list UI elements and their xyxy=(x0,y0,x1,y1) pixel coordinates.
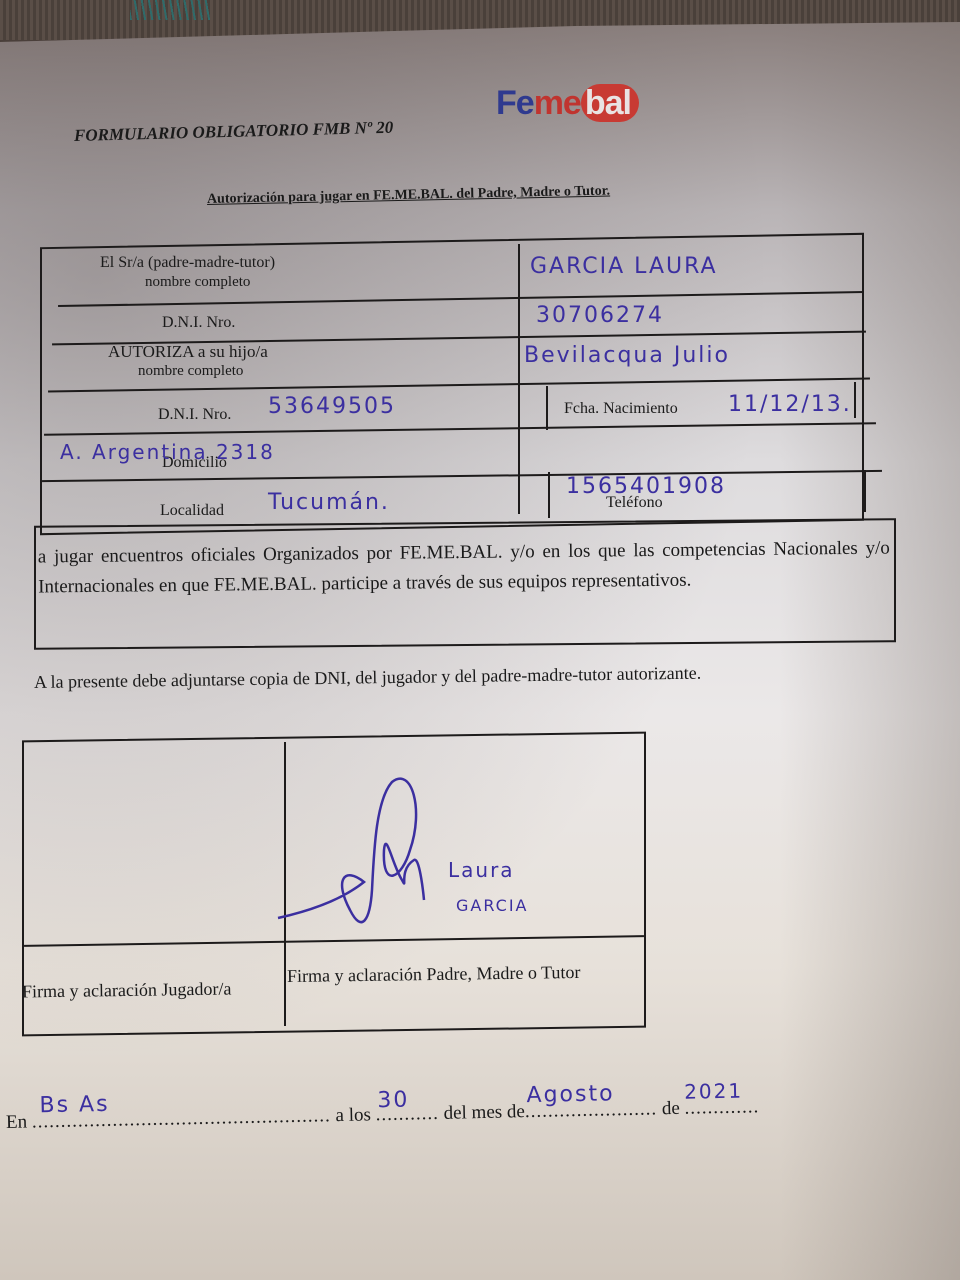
authorization-text: a jugar encuentros oficiales Organizados… xyxy=(38,534,891,603)
table-divider xyxy=(864,470,866,512)
birth-date-value[interactable]: 11/12/13. xyxy=(728,392,852,417)
logo-part-bal: bal xyxy=(581,84,639,122)
tutor-name-value[interactable]: GARCIA LAURA xyxy=(530,254,718,279)
signature-name-first: Laura xyxy=(448,858,515,882)
address-value[interactable]: A. Argentina 2318 xyxy=(60,440,275,464)
date-en-label: En xyxy=(6,1112,28,1133)
carpet-pattern xyxy=(130,0,210,20)
logo-part-fe: Fe xyxy=(496,84,534,122)
year-field[interactable]: .............2021 xyxy=(684,1096,759,1119)
logo-part-me: me xyxy=(534,84,581,122)
child-name-sublabel: nombre completo xyxy=(138,363,243,380)
child-name-label: AUTORIZA a su hijo/a xyxy=(108,342,268,362)
child-dni-value[interactable]: 53649505 xyxy=(268,394,396,419)
month-field[interactable]: .......................Agosto xyxy=(525,1098,658,1122)
locality-value[interactable]: Tucumán. xyxy=(268,490,390,515)
signature-name-last: GARCIA xyxy=(456,896,529,915)
month-value: Agosto xyxy=(526,1081,615,1108)
place-value: Bs As xyxy=(39,1092,110,1118)
table-divider xyxy=(854,382,856,418)
table-divider xyxy=(548,472,550,518)
phone-value[interactable]: 1565401908 xyxy=(566,474,726,499)
date-mes-label: del mes de xyxy=(443,1101,525,1124)
paper-sheet xyxy=(0,22,960,1280)
player-signature-label: Firma y aclaración Jugador/a xyxy=(22,979,232,1003)
date-de-label: de xyxy=(662,1098,680,1119)
child-dni-label: D.N.I. Nro. xyxy=(158,406,231,424)
year-value: 2021 xyxy=(684,1079,743,1104)
table-divider xyxy=(546,386,548,430)
day-value: 30 xyxy=(377,1088,410,1114)
date-a-los-label: a los xyxy=(335,1104,371,1126)
child-name-value[interactable]: Bevilacqua Julio xyxy=(524,343,730,368)
tutor-dni-value[interactable]: 30706274 xyxy=(536,303,664,328)
birth-date-label: Fcha. Nacimiento xyxy=(564,400,678,418)
locality-label: Localidad xyxy=(160,502,224,520)
tutor-signature-label: Firma y aclaración Padre, Madre o Tutor xyxy=(287,962,581,987)
tutor-dni-label: D.N.I. Nro. xyxy=(162,314,235,332)
tutor-name-sublabel: nombre completo xyxy=(145,274,250,291)
day-field[interactable]: ...........30 xyxy=(375,1103,439,1125)
femebal-logo: Femebal xyxy=(496,84,639,123)
tutor-name-label: El Sr/a (padre-madre-tutor) xyxy=(100,254,275,272)
